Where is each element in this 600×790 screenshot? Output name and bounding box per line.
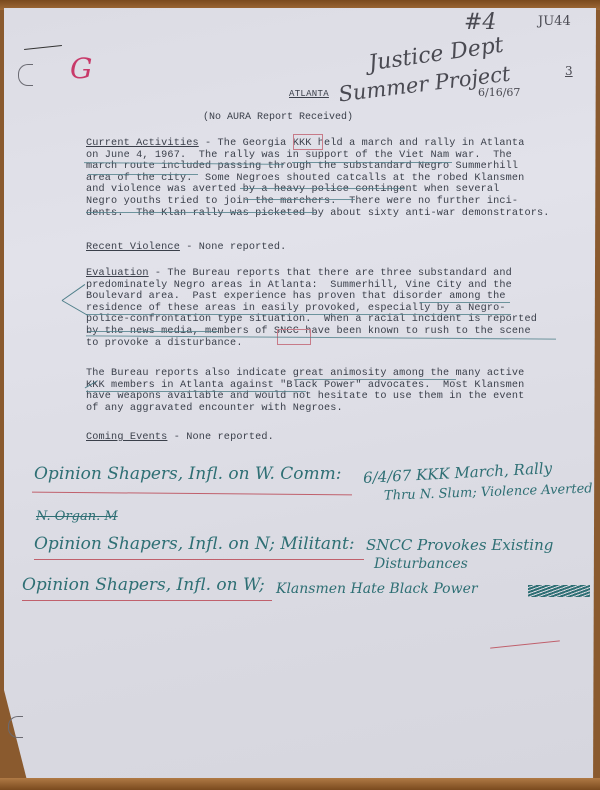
section-heading: Recent Violence	[86, 242, 180, 253]
pen-underline	[86, 391, 306, 392]
section-heading: Current Activities	[86, 138, 199, 149]
pen-underline	[240, 188, 405, 189]
section-coming-events: Coming Events - None reported.	[86, 432, 586, 444]
note-2-label: Opinion Shapers, Infl. on N; Militant:	[34, 534, 355, 554]
pen-strike	[88, 174, 198, 175]
pen-underline	[420, 302, 510, 303]
document-title: ATLANTA	[289, 89, 329, 99]
pen-underline	[296, 379, 456, 380]
punch-hole-top	[18, 64, 33, 86]
document-subtitle: (No AURA Report Received)	[203, 112, 353, 123]
note-3-text: Klansmen Hate Black Power	[276, 581, 478, 597]
note-2-text-continued: Disturbances	[374, 556, 468, 572]
date-annotation: 6/16/67	[478, 86, 520, 99]
note-2-underline	[34, 559, 364, 560]
pen-strike	[88, 331, 218, 332]
scribbled-out-text	[528, 585, 590, 597]
note-3-label: Opinion Shapers, Infl. on W;	[22, 575, 265, 595]
red-letter-annotation: G	[70, 52, 92, 85]
pen-strike	[245, 199, 355, 200]
pen-underline	[86, 314, 511, 315]
crossed-out-note: N. Organ. M	[36, 509, 118, 524]
note-1-label: Opinion Shapers, Infl. on W. Comm:	[34, 464, 341, 484]
pen-underline	[86, 212, 316, 213]
pen-underline	[292, 162, 452, 163]
section-heading: Coming Events	[86, 432, 167, 443]
file-code-annotation: JU44	[538, 14, 571, 29]
file-number-annotation: #4	[464, 10, 496, 35]
kkk-highlight-box	[293, 134, 323, 150]
punch-hole-bottom	[8, 716, 23, 738]
section-recent-violence: Recent Violence - None reported.	[86, 242, 586, 254]
note-3-underline	[22, 600, 272, 601]
desk-surface-bottom	[0, 778, 600, 790]
note-2-text: SNCC Provokes Existing	[366, 536, 553, 554]
page-number-annotation: 3	[565, 64, 573, 78]
section-current-activities: Current Activities - The Georgia KKK hel…	[86, 138, 586, 219]
section-heading: Evaluation	[86, 268, 149, 279]
